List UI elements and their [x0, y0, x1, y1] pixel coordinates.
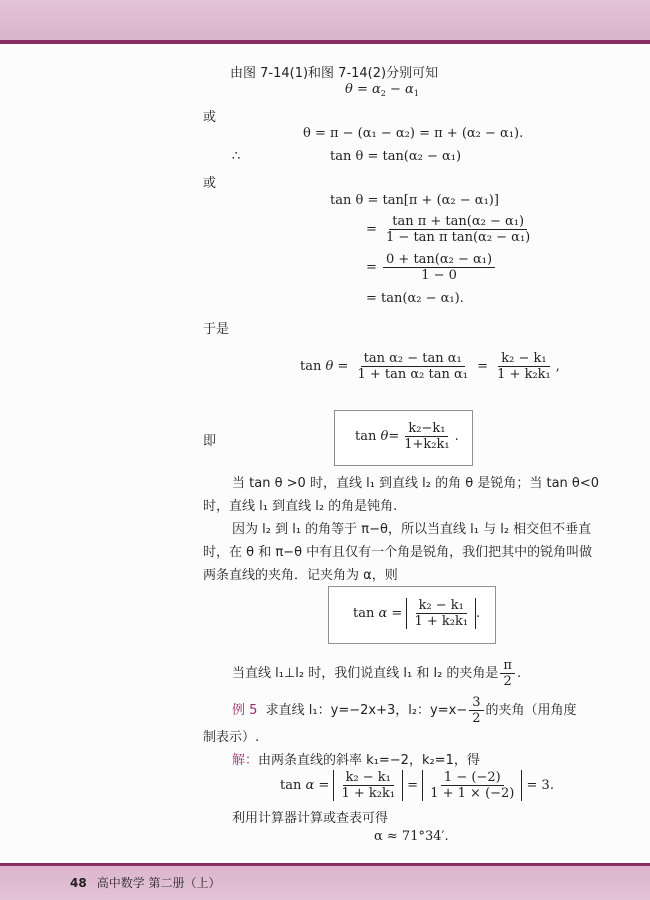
paragraph-2b: 时，在 θ 和 π−θ 中有且仅有一个角是锐角，我们把其中的锐角叫做: [203, 541, 592, 560]
or-label-2: 或: [203, 172, 216, 191]
boxed-formula-2: tan α = k₂ − k₁1 + k₂k₁.: [353, 598, 480, 629]
header-rule: [0, 40, 650, 44]
intro-line: 由图 7-14(1)和图 7-14(2)分别可知: [230, 62, 438, 81]
solution-line: 解：由两条直线的斜率 k₁=−2，k₂=1，得: [232, 749, 480, 768]
paragraph-1a: 当 tan θ >0 时，直线 l₁ 到直线 l₂ 的角 θ 是锐角；当 tan…: [232, 472, 599, 491]
paragraph-2a: 因为 l₂ 到 l₁ 的角等于 π−θ，所以当直线 l₁ 与 l₂ 相交但不垂直: [232, 518, 591, 537]
formula-box-2: tan α = k₂ − k₁1 + k₂k₁.: [328, 586, 496, 644]
header-band: [0, 0, 650, 40]
paragraph-2c: 两条直线的夹角．记夹角为 α，则: [203, 564, 398, 583]
calc-line: 利用计算器计算或查表可得: [232, 807, 388, 826]
paragraph-1b: 时，直线 l₁ 到直线 l₂ 的角是钝角.: [203, 495, 397, 514]
ji-label: 即: [203, 430, 216, 449]
solution-label: 解：: [232, 753, 258, 768]
or-label-1: 或: [203, 106, 216, 125]
equation-1: θ = α2 − α1: [345, 82, 419, 98]
equation-4: tan θ = tan[π + (α₂ − α₁)]: [330, 193, 499, 208]
page-number: 48: [70, 876, 87, 890]
equation-3: tan θ = tan(α₂ − α₁): [330, 149, 461, 164]
equation-8: tan θ = tan α₂ − tan α₁1 + tan α₂ tan α₁…: [300, 351, 560, 382]
therefore-symbol: ∴: [232, 149, 240, 164]
yushi-label: 于是: [203, 318, 229, 337]
example-label: 例 5: [232, 703, 257, 718]
equation-2: θ = π − (α₁ − α₂) = π + (α₂ − α₁).: [303, 126, 523, 141]
example-5: 例 5 求直线 l₁：y=−2x+3，l₂：y=x−32的夹角（用角度: [232, 695, 577, 726]
solution-equation: tan α = k₂ − k₁1 + k₂k₁ = 1 − (−2)1 + 1 …: [280, 770, 554, 801]
result-line: α ≈ 71°34′.: [374, 829, 449, 844]
example-5-cont: 制表示）.: [203, 726, 259, 745]
paragraph-3: 当直线 l₁⊥l₂ 时，我们说直线 l₁ 和 l₂ 的夹角是π2.: [232, 658, 521, 689]
equation-6: = 0 + tan(α₂ − α₁)1 − 0: [366, 252, 497, 283]
page-footer: 48高中数学 第二册（上）: [70, 874, 221, 891]
boxed-formula-1: tan θ=k₂−k₁1+k₂k₁.: [355, 421, 459, 452]
book-title: 高中数学 第二册（上）: [97, 876, 221, 890]
formula-box-1: tan θ=k₂−k₁1+k₂k₁.: [334, 410, 473, 466]
equation-5: = tan π + tan(α₂ − α₁)1 − tan π tan(α₂ −…: [366, 214, 535, 245]
equation-7: = tan(α₂ − α₁).: [366, 291, 464, 306]
